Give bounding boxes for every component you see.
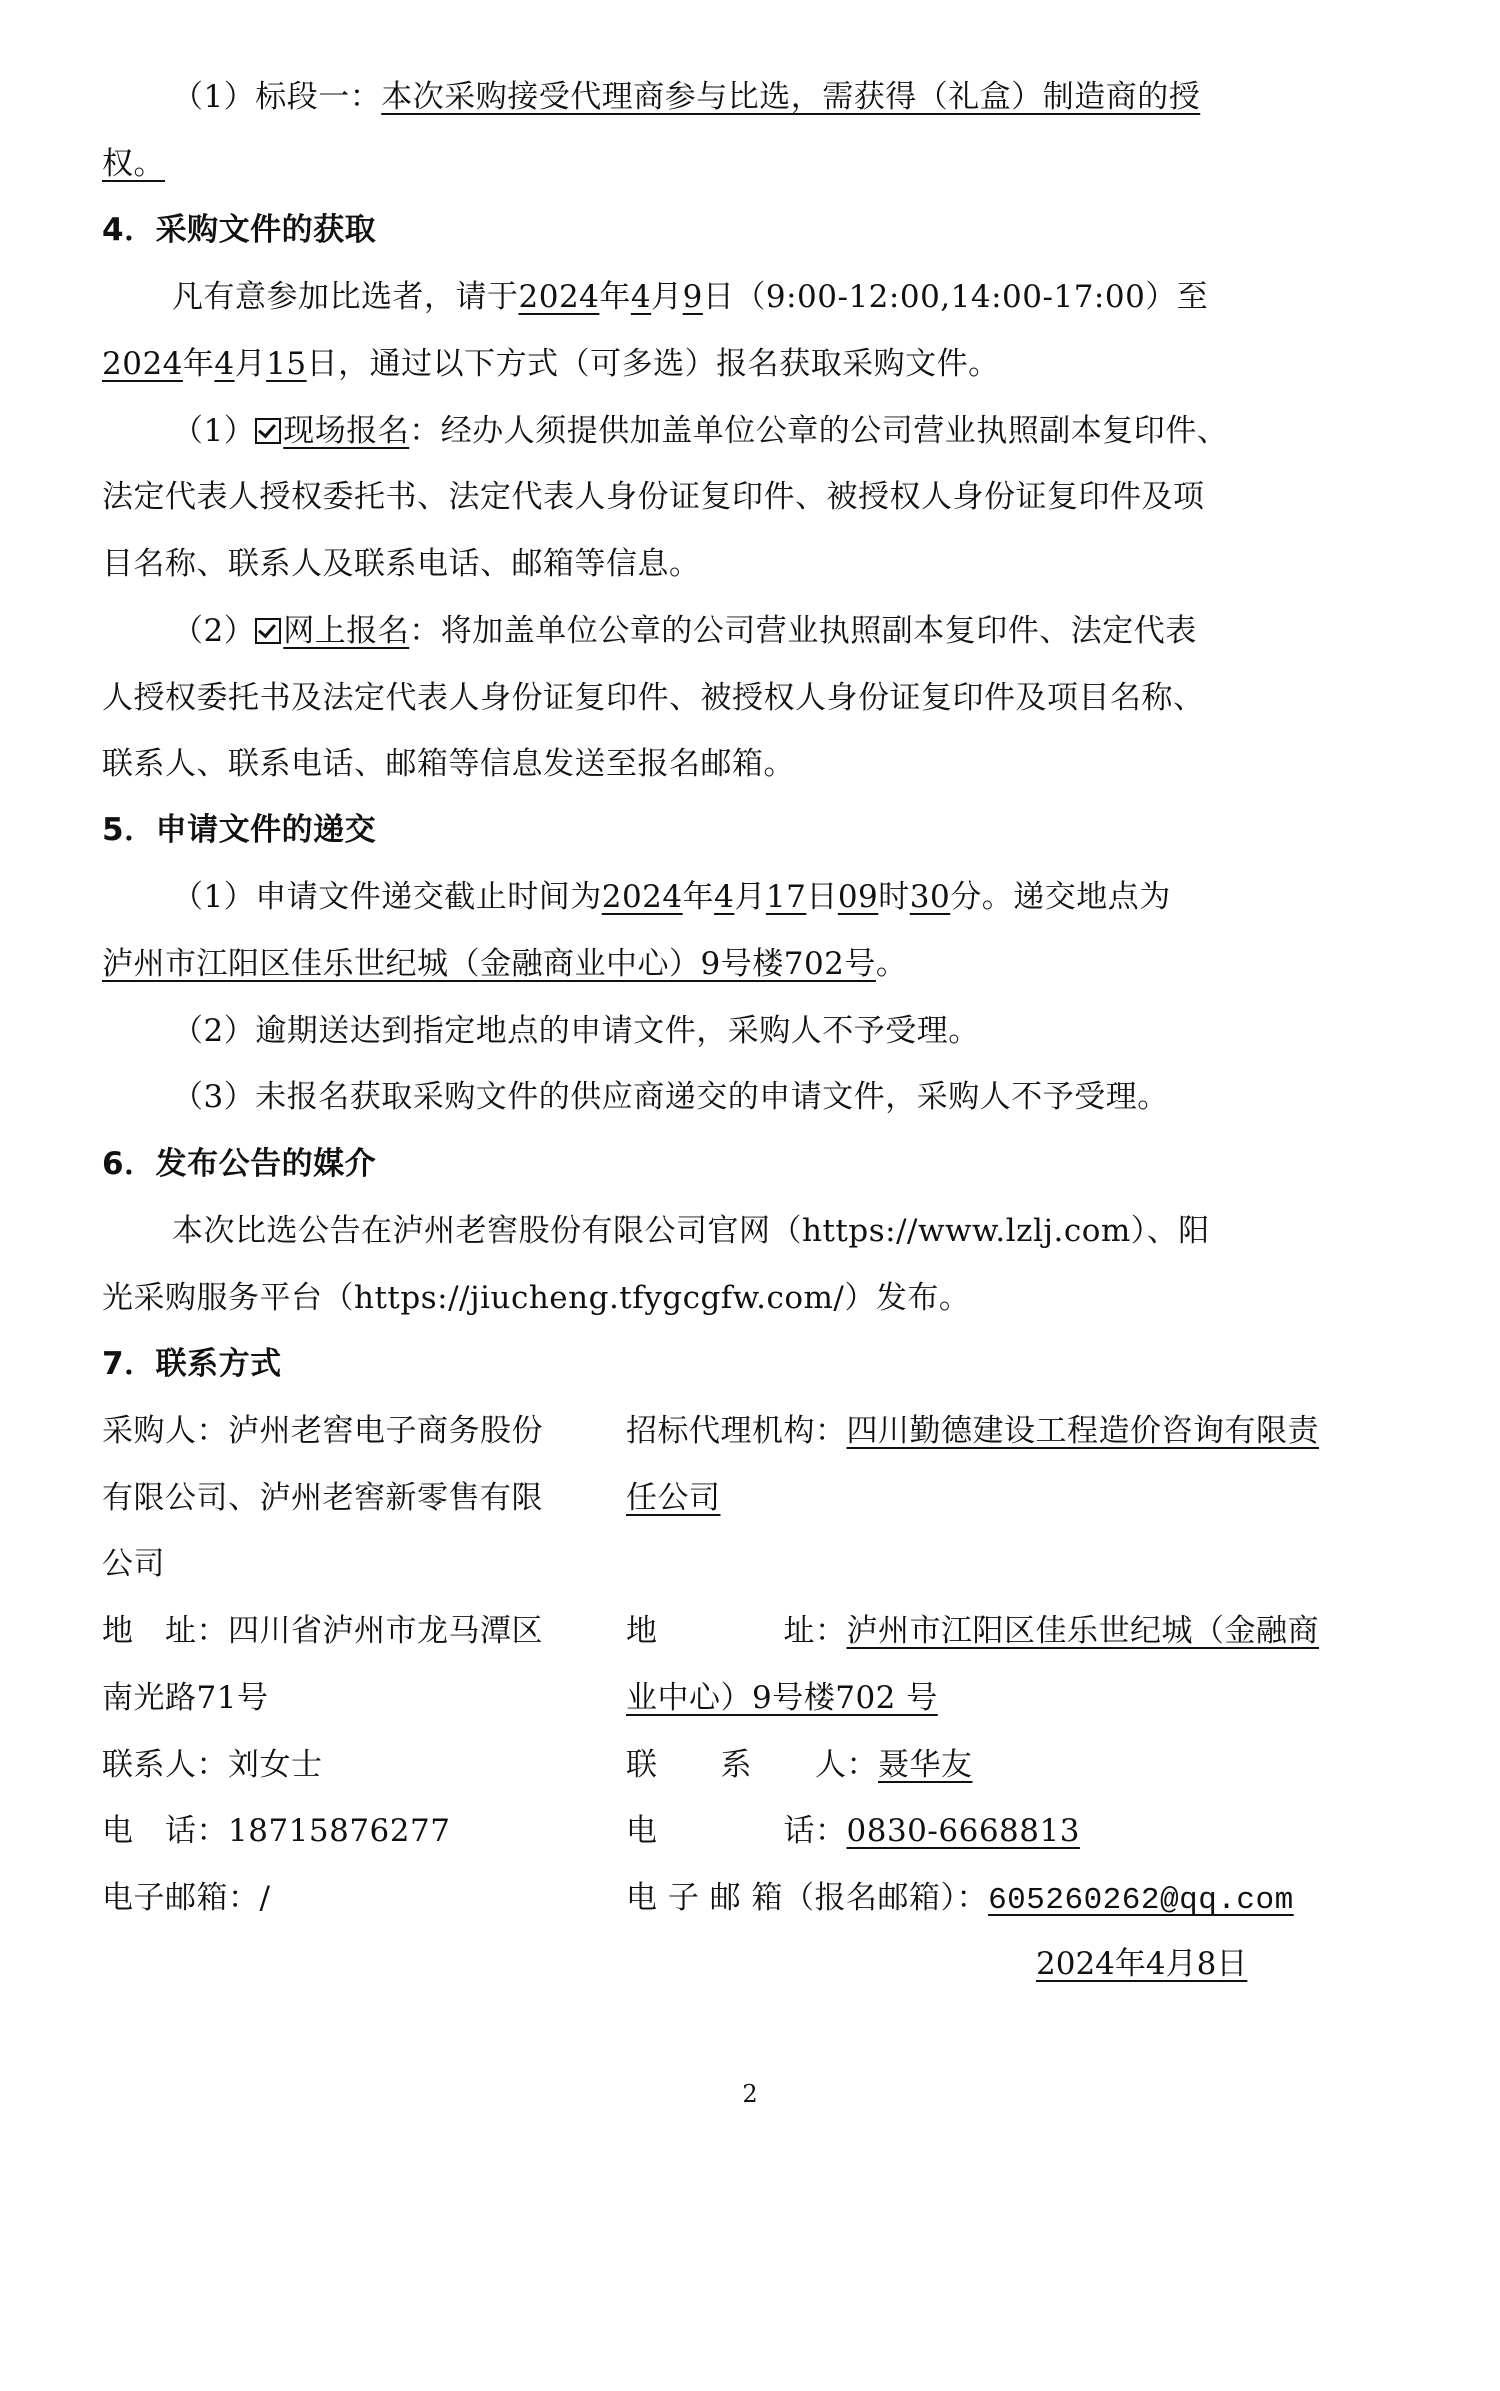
lot-one-requirement-end: 权。 bbox=[102, 146, 165, 182]
option-label: 网上报名 bbox=[283, 613, 409, 649]
buyer-address-line-2: 南光路71号 bbox=[102, 1665, 268, 1731]
phone-value: 0830-6668813 bbox=[847, 1813, 1080, 1849]
unregistered-submission-rule: （3）未报名获取采购文件的供应商递交的申请文件，采购人不予受理。 bbox=[172, 1064, 1169, 1130]
section-7-heading: 7．联系方式 bbox=[102, 1331, 282, 1397]
phone-value: 18715876277 bbox=[228, 1813, 450, 1849]
text: 。 bbox=[876, 946, 908, 982]
checkbox-checked-icon[interactable] bbox=[255, 618, 281, 644]
online-registration-line-3: 联系人、联系电话、邮箱等信息发送至报名邮箱。 bbox=[102, 731, 795, 797]
person-value: 聂华友 bbox=[878, 1747, 973, 1783]
buyer-name: 采购人：泸州老窖电子商务股份 bbox=[102, 1398, 543, 1464]
lot-one-prefix: （1）标段一： bbox=[172, 79, 381, 115]
buyer-name-line-3: 公司 bbox=[102, 1531, 165, 1597]
announcement-date: 2024年4月8日 bbox=[1036, 1931, 1247, 1997]
agent-name-value: 任公司 bbox=[626, 1480, 721, 1516]
text: 年 bbox=[683, 879, 715, 915]
submission-address: 泸州市江阳区佳乐世纪城（金融商业中心）9号楼702号 bbox=[102, 946, 876, 982]
registration-period-line-2: 2024年4月15日，通过以下方式（可多选）报名获取采购文件。 bbox=[102, 331, 1000, 397]
address-value: 四川省泸州市龙马潭区 bbox=[228, 1613, 543, 1649]
address-value: 业中心）9号楼702 号 bbox=[626, 1680, 938, 1716]
phone-label: 电 话： bbox=[626, 1813, 847, 1849]
option-number: （2） bbox=[172, 613, 255, 649]
buyer-address: 地 址：四川省泸州市龙马潭区 bbox=[102, 1598, 543, 1664]
agent-address-line-2: 业中心）9号楼702 号 bbox=[626, 1665, 938, 1731]
section-6-heading: 6．发布公告的媒介 bbox=[102, 1131, 376, 1197]
buyer-name-line-2: 有限公司、泸州老窖新零售有限 bbox=[102, 1465, 543, 1531]
online-registration-label: 网上报名 bbox=[255, 613, 409, 649]
address-value: 泸州市江阳区佳乐世纪城（金融商 bbox=[847, 1613, 1320, 1649]
submission-deadline-line: （1）申请文件递交截止时间为2024年4月17日09时30分。递交地点为 bbox=[172, 864, 1171, 930]
agent-name-value: 四川勤德建设工程造价咨询有限责 bbox=[847, 1413, 1320, 1449]
text: 时 bbox=[878, 879, 910, 915]
submission-location-line: 泸州市江阳区佳乐世纪城（金融商业中心）9号楼702号。 bbox=[102, 931, 907, 997]
lot-one-line: （1）标段一：本次采购接受代理商参与比选，需获得（礼盒）制造商的授 bbox=[172, 64, 1200, 130]
text: 月 bbox=[235, 346, 267, 382]
agent-label: 招标代理机构： bbox=[626, 1413, 847, 1449]
text: 日（9:00-12:00,14:00-17:00）至 bbox=[703, 279, 1208, 315]
deadline-minute: 30 bbox=[910, 879, 950, 915]
online-registration-line-2: 人授权委托书及法定代表人身份证复印件、被授权人身份证复印件及项目名称、 bbox=[102, 665, 1205, 731]
publication-media-line-2: 光采购服务平台（https://jiucheng.tfygcgfw.com/）发… bbox=[102, 1265, 970, 1331]
page-number: 2 bbox=[0, 2080, 1500, 2108]
agent-address: 地 址：泸州市江阳区佳乐世纪城（金融商 bbox=[626, 1598, 1319, 1664]
registration-period-line: 凡有意参加比选者，请于2024年4月9日（9:00-12:00,14:00-17… bbox=[172, 264, 1208, 330]
option-number: （1） bbox=[172, 413, 255, 449]
deadline-hour: 09 bbox=[838, 879, 878, 915]
start-day: 9 bbox=[683, 279, 703, 315]
online-registration-option: （2）网上报名：将加盖单位公章的公司营业执照副本复印件、法定代表 bbox=[172, 598, 1197, 664]
buyer-phone: 电 话：18715876277 bbox=[102, 1798, 450, 1864]
email-value[interactable]: 605260262@qq.com bbox=[988, 1883, 1294, 1918]
text: 日，通过以下方式（可多选）报名获取采购文件。 bbox=[307, 346, 1000, 382]
agent-contact-person: 联 系 人：聂华友 bbox=[626, 1732, 973, 1798]
section-4-heading: 4．采购文件的获取 bbox=[102, 197, 376, 263]
onsite-registration-line-3: 目名称、联系人及联系电话、邮箱等信息。 bbox=[102, 531, 701, 597]
text: 年 bbox=[599, 279, 631, 315]
deadline-year: 2024 bbox=[602, 879, 683, 915]
text: 月 bbox=[734, 879, 766, 915]
option-text: ：经办人须提供加盖单位公章的公司营业执照副本复印件、 bbox=[409, 413, 1228, 449]
publication-media-line: 本次比选公告在泸州老窖股份有限公司官网（https://www.lzlj.com… bbox=[172, 1198, 1210, 1264]
text: （1）申请文件递交截止时间为 bbox=[172, 879, 602, 915]
onsite-registration-option: （1）现场报名：经办人须提供加盖单位公章的公司营业执照副本复印件、 bbox=[172, 398, 1228, 464]
onsite-registration-line-2: 法定代表人授权委托书、法定代表人身份证复印件、被授权人身份证复印件及项 bbox=[102, 464, 1205, 530]
deadline-day: 17 bbox=[766, 879, 806, 915]
text: 年 bbox=[183, 346, 215, 382]
address-label: 地 址： bbox=[102, 1613, 228, 1649]
email-label: 电 子 邮 箱（报名邮箱）： bbox=[626, 1880, 988, 1916]
end-day: 15 bbox=[266, 346, 306, 382]
agent-phone: 电 话：0830-6668813 bbox=[626, 1798, 1080, 1864]
end-year: 2024 bbox=[102, 346, 183, 382]
agent-email: 电 子 邮 箱（报名邮箱）：605260262@qq.com bbox=[626, 1865, 1294, 1931]
text: 凡有意参加比选者，请于 bbox=[172, 279, 519, 315]
agent-name-line-2: 任公司 bbox=[626, 1465, 721, 1531]
text: 分。递交地点为 bbox=[950, 879, 1171, 915]
start-year: 2024 bbox=[519, 279, 600, 315]
buyer-email: 电子邮箱：/ bbox=[102, 1865, 270, 1931]
address-label: 地 址： bbox=[626, 1613, 847, 1649]
lot-one-line-2: 权。 bbox=[102, 131, 165, 197]
text: 日 bbox=[806, 879, 838, 915]
end-month: 4 bbox=[214, 346, 234, 382]
section-5-heading: 5．申请文件的递交 bbox=[102, 797, 376, 863]
agent-name: 招标代理机构：四川勤德建设工程造价咨询有限责 bbox=[626, 1398, 1319, 1464]
option-text: ：将加盖单位公章的公司营业执照副本复印件、法定代表 bbox=[409, 613, 1197, 649]
deadline-month: 4 bbox=[714, 879, 734, 915]
onsite-registration-label: 现场报名 bbox=[255, 413, 409, 449]
lot-one-requirement: 本次采购接受代理商参与比选，需获得（礼盒）制造商的授 bbox=[381, 79, 1200, 115]
option-label: 现场报名 bbox=[283, 413, 409, 449]
person-label: 联 系 人： bbox=[626, 1747, 878, 1783]
buyer-contact-person: 联系人：刘女士 bbox=[102, 1732, 323, 1798]
start-month: 4 bbox=[631, 279, 651, 315]
text: 月 bbox=[651, 279, 683, 315]
checkbox-checked-icon[interactable] bbox=[255, 418, 281, 444]
phone-label: 电 话： bbox=[102, 1813, 228, 1849]
late-submission-rule: （2）逾期送达到指定地点的申请文件，采购人不予受理。 bbox=[172, 998, 980, 1064]
